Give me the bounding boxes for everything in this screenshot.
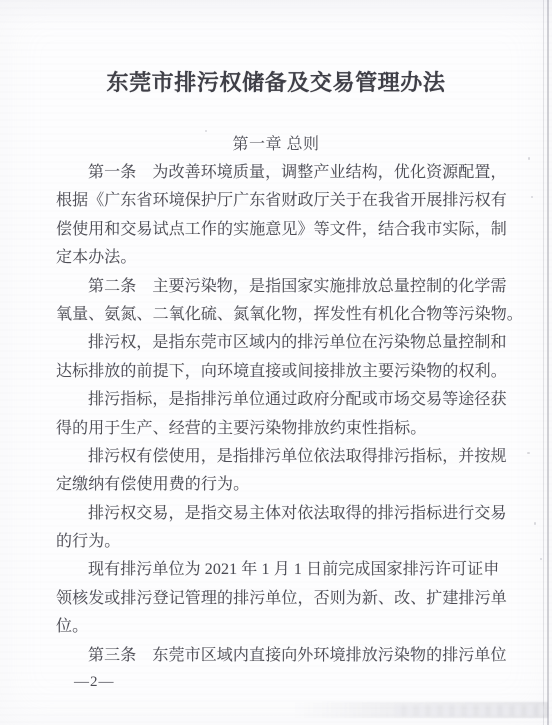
scan-speck	[534, 522, 536, 525]
body-line: 领核发或排污登记管理的排污单位，否则为新、改、扩建排污单	[56, 585, 504, 613]
scan-speck	[531, 196, 533, 198]
body-line: 的行为。	[56, 528, 504, 556]
page-number: —2—	[74, 674, 115, 691]
scanned-document-page: 东莞市排污权储备及交易管理办法 第一章 总则 第一条 为改善环境质量，调整产业结…	[0, 0, 552, 725]
body-line: 第三条 东莞市区域内直接向外环境排放污染物的排污单位	[56, 642, 504, 670]
body-line: 根据《广东省环境保护厅广东省财政厅关于在我省开展排污权有	[56, 187, 504, 215]
body-line: 现有排污单位为 2021 年 1 月 1 日前完成国家排污许可证申	[56, 556, 504, 584]
body-line: 达标排放的前提下，向环境直接或间接排放主要污染物的权利。	[56, 358, 504, 386]
scan-speck	[205, 130, 207, 132]
body-line: 排污权交易，是指交易主体对依法取得的排污指标进行交易	[56, 500, 504, 528]
body-line: 排污权，是指东莞市区域内的排污单位在污染物总量控制和	[56, 329, 504, 357]
body-line: 定缴纳有偿使用费的行为。	[56, 471, 504, 499]
scan-edge-line-inner	[543, 0, 544, 725]
document-body: 第一条 为改善环境质量，调整产业结构，优化资源配置， 根据《广东省环境保护厅广东…	[56, 159, 504, 670]
body-line: 得的用于生产、经营的主要污染物排放约束性指标。	[56, 415, 504, 443]
watermark-smudge	[394, 705, 544, 716]
body-line: 氧量、氨氮、二氧化硫、氮氧化物，挥发性有机化合物等污染物。	[56, 301, 504, 329]
body-line: 排污权有偿使用，是指排污单位依法取得排污指标，并按规	[56, 443, 504, 471]
scan-speck	[528, 157, 530, 160]
scan-speck	[540, 558, 542, 560]
body-line: 位。	[56, 613, 504, 641]
body-line: 定本办法。	[56, 244, 504, 272]
chapter-heading: 第一章 总则	[0, 131, 552, 154]
body-line: 排污指标，是指排污单位通过政府分配或市场交易等途径获	[56, 386, 504, 414]
body-line: 第二条 主要污染物，是指国家实施排放总量控制的化学需	[56, 273, 504, 301]
body-line: 第一条 为改善环境质量，调整产业结构，优化资源配置，	[56, 159, 504, 187]
scan-speck	[527, 452, 530, 454]
scan-edge-line-outer	[547, 0, 549, 725]
body-line: 偿使用和交易试点工作的实施意见》等文件，结合我市实际，制	[56, 216, 504, 244]
document-title: 东莞市排污权储备及交易管理办法	[0, 66, 552, 97]
